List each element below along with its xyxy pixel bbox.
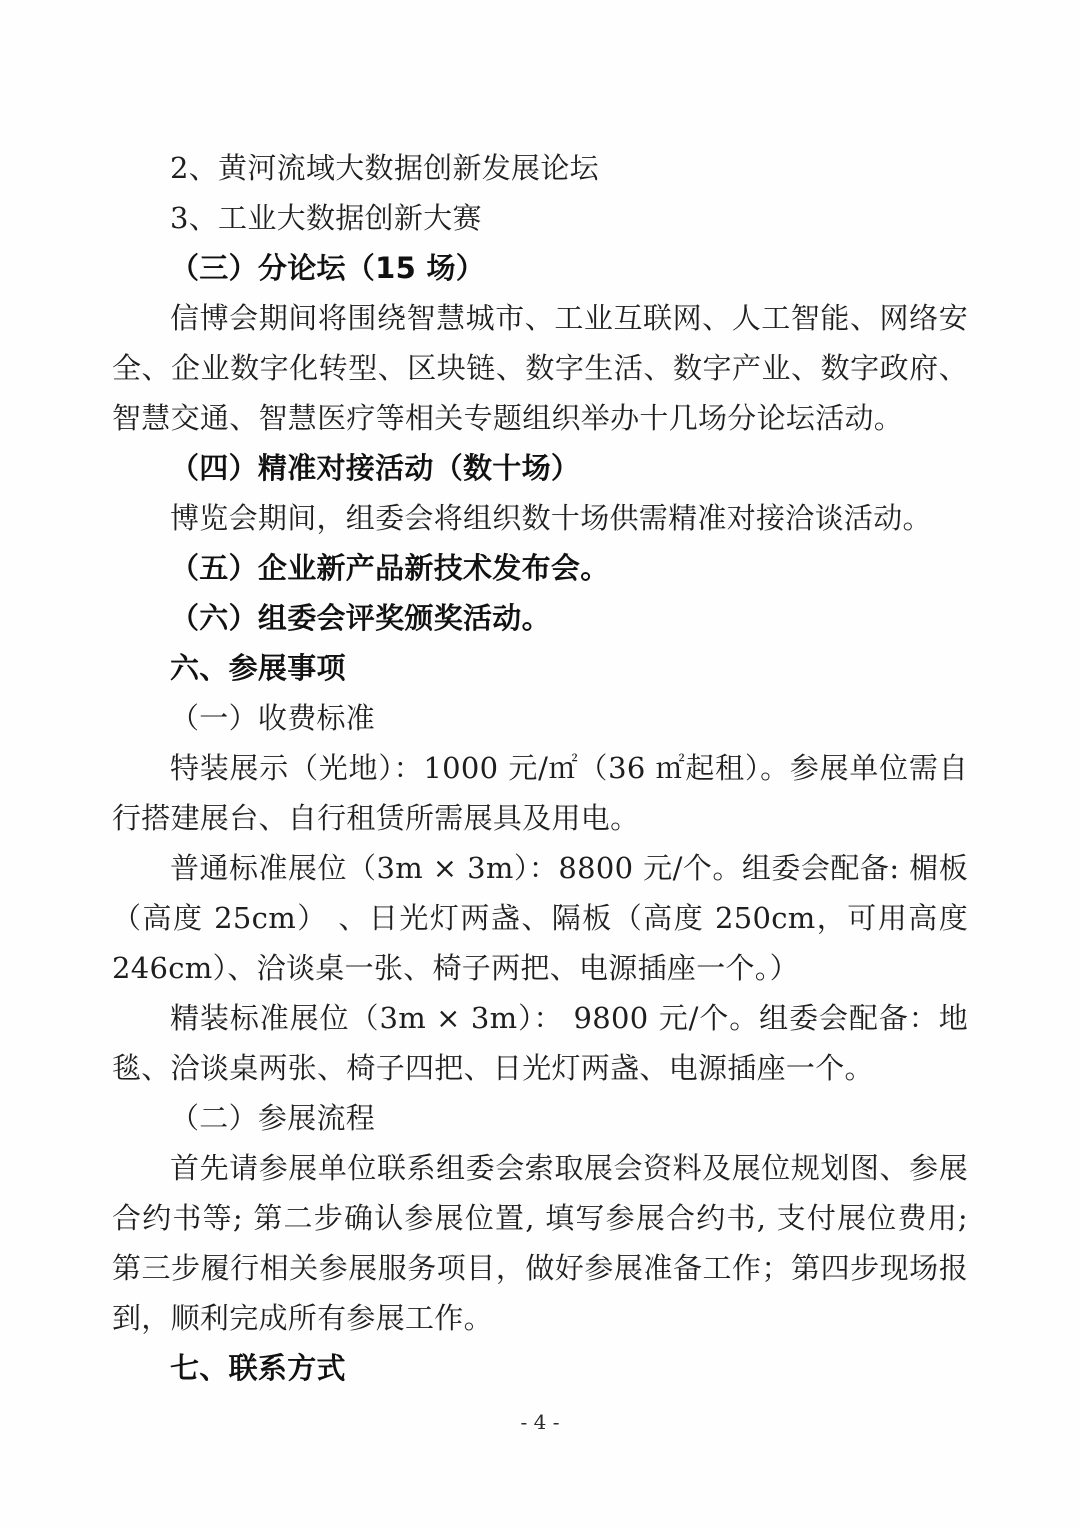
- page-number: - 4 -: [0, 1408, 1080, 1436]
- paragraph-standard-booth-fee: 普通标准展位（3m × 3m）：8800 元/个。组委会配备: 楣板（高度 25…: [112, 843, 968, 993]
- paragraph-premium-booth-fee: 精装标准展位（3m × 3m）： 9800 元/个。组委会配备：地毯、洽谈桌两张…: [112, 993, 968, 1093]
- subheading-fee-standard: （一）收费标准: [112, 693, 968, 743]
- document-page: 2、黄河流域大数据创新发展论坛 3、工业大数据创新大赛 （三）分论坛（15 场）…: [0, 0, 1080, 1527]
- subheading-5-product-launch: （五）企业新产品新技术发布会。: [112, 543, 968, 593]
- paragraph-exhibition-process-detail: 首先请参展单位联系组委会索取展会资料及展位规划图、参展合约书等; 第二步确认参展…: [112, 1143, 968, 1343]
- subheading-exhibition-process: （二）参展流程: [112, 1093, 968, 1143]
- document-body: 2、黄河流域大数据创新发展论坛 3、工业大数据创新大赛 （三）分论坛（15 场）…: [112, 143, 968, 1393]
- paragraph-sub-forums-detail: 信博会期间将围绕智慧城市、工业互联网、人工智能、网络安全、企业数字化转型、区块链…: [112, 293, 968, 443]
- subheading-3-sub-forums: （三）分论坛（15 场）: [112, 243, 968, 293]
- section-heading-6-exhibition-matters: 六、参展事项: [112, 643, 968, 693]
- section-heading-7-contact-info: 七、联系方式: [112, 1343, 968, 1393]
- subheading-6-awards-activity: （六）组委会评奖颁奖活动。: [112, 593, 968, 643]
- numbered-item-yellow-river-forum: 2、黄河流域大数据创新发展论坛: [112, 143, 968, 193]
- paragraph-raw-space-fee: 特装展示（光地）：1000 元/㎡（36 ㎡起租）。参展单位需自行搭建展台、自行…: [112, 743, 968, 843]
- subheading-4-matchmaking-activities: （四）精准对接活动（数十场）: [112, 443, 968, 493]
- paragraph-matchmaking-detail: 博览会期间，组委会将组织数十场供需精准对接洽谈活动。: [112, 493, 968, 543]
- numbered-item-industrial-bigdata-contest: 3、工业大数据创新大赛: [112, 193, 968, 243]
